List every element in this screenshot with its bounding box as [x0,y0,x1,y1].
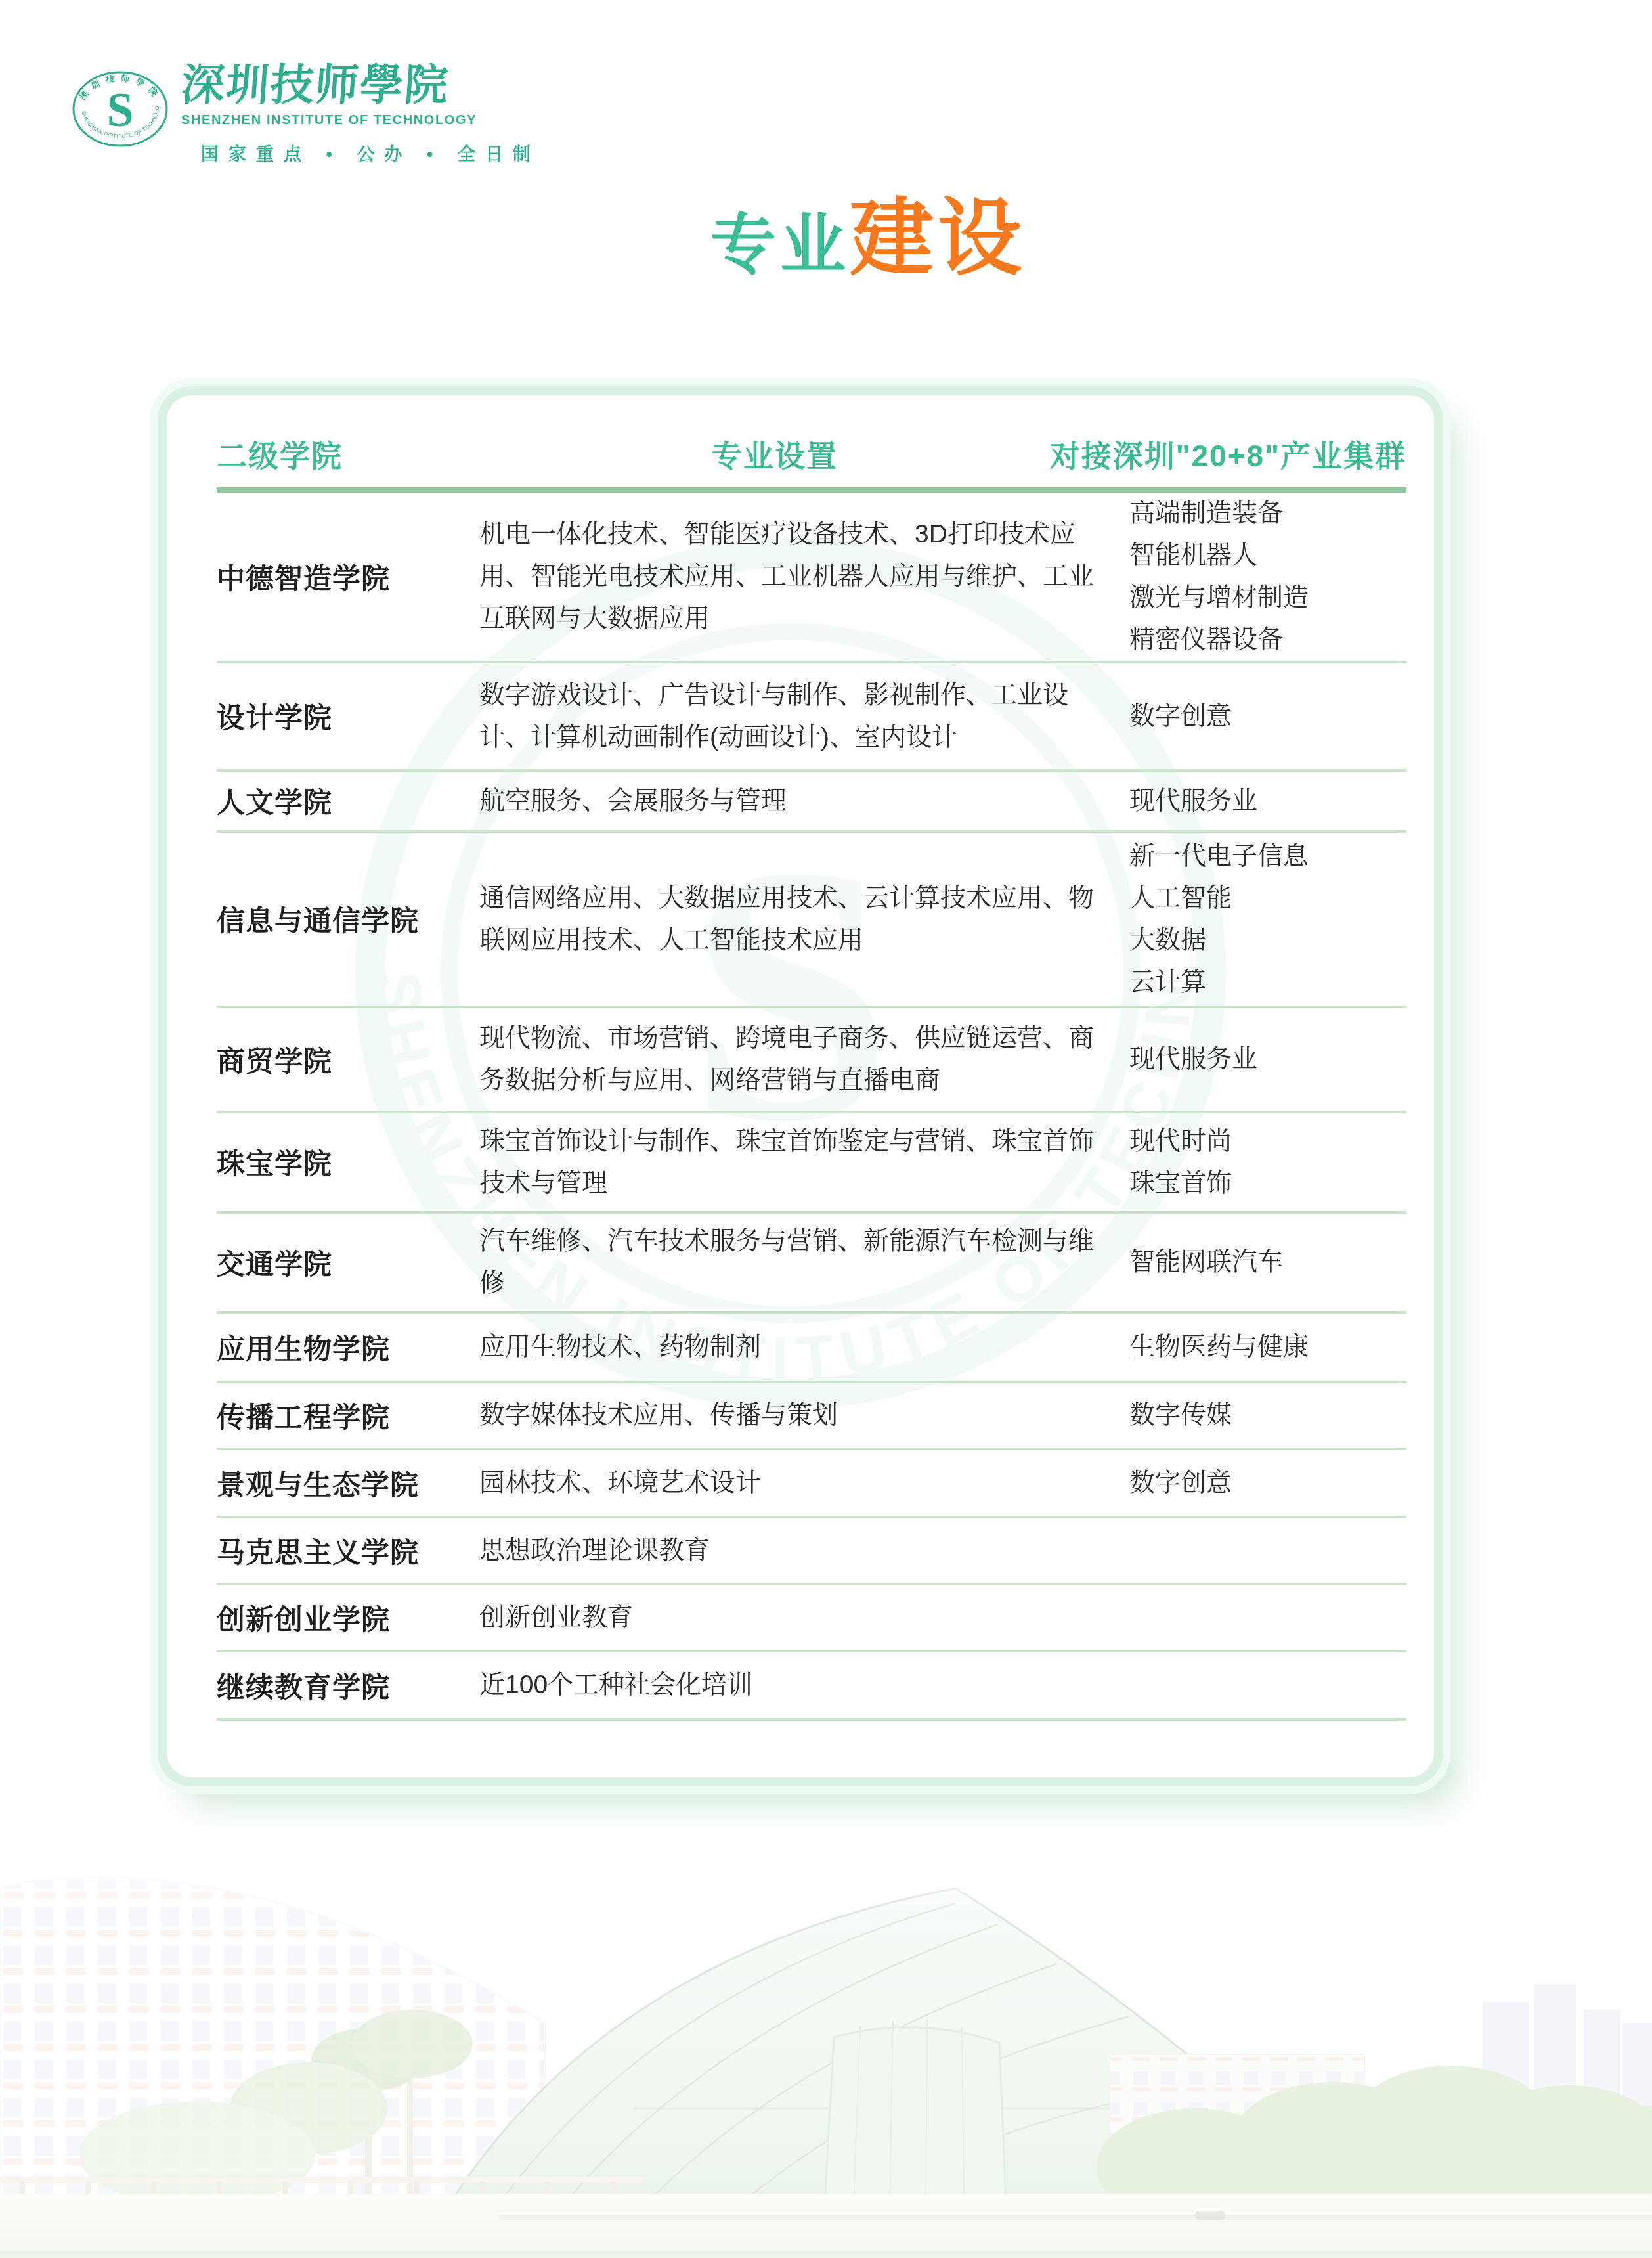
campus-photo [0,1826,1652,2258]
majors-list: 航空服务、会展服务与管理 [479,780,1129,822]
industry-cluster-cell: 现代时尚珠宝首饰 [1129,1120,1406,1205]
college-name: 设计学院 [217,696,479,736]
majors-table: 二级学院 专业设置 对接深圳"20+8"产业集群 中德智造学院 机电一体化技术、… [167,395,1434,1777]
industry-item: 精密仪器设备 [1129,619,1406,661]
page-title: 专业建设 [0,197,1652,281]
table-row: 创新创业学院 创新创业教育 [217,1585,1406,1652]
industry-cluster-cell: 数字创意 [1129,696,1406,738]
college-name: 人文学院 [217,781,479,821]
industry-item: 现代服务业 [1129,780,1406,822]
page: 深圳技师學院 SHENZHEN INSTITUTE OF TECHNOLOGY … [0,0,1652,2258]
table-header-row: 二级学院 专业设置 对接深圳"20+8"产业集群 [217,395,1406,493]
college-name: 商贸学院 [217,1040,479,1080]
page-title-orange: 建设 [850,197,1026,281]
majors-list: 机电一体化技术、智能医疗设备技术、3D打印技术应用、智能光电技术应用、工业机器人… [479,514,1129,640]
table-row: 设计学院 数字游戏设计、广告设计与制作、影视制作、工业设计、计算机动画制作(动画… [217,663,1406,772]
majors-list: 数字游戏设计、广告设计与制作、影视制作、工业设计、计算机动画制作(动画设计)、室… [479,675,1129,759]
industry-item: 云计算 [1129,962,1406,1004]
industry-cluster-cell: 现代服务业 [1129,1038,1406,1080]
table-row: 继续教育学院 近100个工种社会化培训 [217,1652,1406,1721]
industry-cluster-cell: 数字创意 [1129,1462,1406,1504]
header-college: 二级学院 [217,432,343,476]
college-name: 中德智造学院 [217,557,479,597]
page-title-green: 专业 [710,212,850,278]
industry-cluster-cell: 现代服务业 [1129,780,1406,822]
industry-cluster-cell: 新一代电子信息人工智能大数据云计算 [1129,835,1406,1004]
table-row: 马克思主义学院 思想政治理论课教育 [217,1518,1406,1585]
industry-cluster-cell: 高端制造装备智能机器人激光与增材制造精密仪器设备 [1129,493,1406,661]
school-name-cn: 深圳技师學院 [180,64,542,108]
college-name: 传播工程学院 [217,1396,479,1436]
industry-item: 大数据 [1129,919,1406,962]
majors-list: 近100个工种社会化培训 [479,1664,1129,1706]
table-row: 中德智造学院 机电一体化技术、智能医疗设备技术、3D打印技术应用、智能光电技术应… [217,493,1406,663]
industry-item: 智能机器人 [1129,535,1406,577]
college-name: 信息与通信学院 [217,899,479,939]
industry-item: 激光与增材制造 [1129,577,1406,619]
industry-cluster-cell: 智能网联汽车 [1129,1241,1406,1283]
industry-item: 新一代电子信息 [1129,835,1406,877]
college-name: 交通学院 [217,1243,479,1283]
industry-item: 现代时尚 [1129,1120,1406,1162]
college-name: 创新创业学院 [217,1598,479,1638]
school-logo: 深圳技师學院 SHENZHEN INSTITUTE OF TECHNOLOGY … [71,60,540,166]
table-row: 人文学院 航空服务、会展服务与管理 现代服务业 [217,772,1406,833]
industry-cluster-cell: 生物医药与健康 [1129,1326,1406,1368]
college-name: 继续教育学院 [217,1666,479,1706]
college-name: 马克思主义学院 [217,1531,479,1571]
industry-item: 高端制造装备 [1129,493,1406,535]
college-name: 应用生物学院 [217,1327,479,1367]
header-industry-cluster: 对接深圳"20+8"产业集群 [1050,432,1406,476]
majors-list: 思想政治理论课教育 [479,1530,1129,1572]
majors-list: 通信网络应用、大数据应用技术、云计算技术应用、物联网应用技术、人工智能技术应用 [479,877,1129,962]
majors-list: 现代物流、市场营销、跨境电子商务、供应链运营、商务数据分析与应用、网络营销与直播… [479,1017,1129,1101]
svg-text:S: S [106,83,133,137]
school-tagline: 国家重点 • 公办 • 全日制 [201,140,540,166]
table-row: 商贸学院 现代物流、市场营销、跨境电子商务、供应链运营、商务数据分析与应用、网络… [217,1008,1406,1113]
industry-item: 智能网联汽车 [1129,1241,1406,1283]
majors-list: 珠宝首饰设计与制作、珠宝首饰鉴定与营销、珠宝首饰技术与管理 [479,1120,1129,1205]
majors-list: 创新创业教育 [479,1597,1129,1639]
majors-list: 园林技术、环境艺术设计 [479,1462,1129,1504]
majors-table-card: S SHENZHEN INSTITUTE OF TECHNOLOGY 二级学院 … [158,386,1443,1786]
industry-item: 珠宝首饰 [1129,1162,1406,1205]
college-name: 珠宝学院 [217,1142,479,1182]
school-name-en: SHENZHEN INSTITUTE OF TECHNOLOGY [181,113,540,128]
table-row: 交通学院 汽车维修、汽车技术服务与营销、新能源汽车检测与维修 智能网联汽车 [217,1214,1406,1314]
industry-item: 数字创意 [1129,1462,1406,1504]
college-name: 景观与生态学院 [217,1463,479,1503]
table-row: 信息与通信学院 通信网络应用、大数据应用技术、云计算技术应用、物联网应用技术、人… [217,833,1406,1008]
industry-item: 数字创意 [1129,696,1406,738]
header-majors: 专业设置 [622,432,927,476]
table-body: 中德智造学院 机电一体化技术、智能医疗设备技术、3D打印技术应用、智能光电技术应… [217,493,1406,1721]
industry-item: 人工智能 [1129,877,1406,919]
table-row: 景观与生态学院 园林技术、环境艺术设计 数字创意 [217,1450,1406,1518]
table-row: 传播工程学院 数字媒体技术应用、传播与策划 数字传媒 [217,1383,1406,1450]
table-row: 珠宝学院 珠宝首饰设计与制作、珠宝首饰鉴定与营销、珠宝首饰技术与管理 现代时尚珠… [217,1113,1406,1214]
industry-cluster-cell: 数字传媒 [1129,1394,1406,1436]
majors-list: 应用生物技术、药物制剂 [479,1326,1129,1368]
table-row: 应用生物学院 应用生物技术、药物制剂 生物医药与健康 [217,1314,1406,1383]
majors-list: 数字媒体技术应用、传播与策划 [479,1394,1129,1436]
majors-list: 汽车维修、汽车技术服务与营销、新能源汽车检测与维修 [479,1220,1129,1304]
school-emblem-icon: 深圳技师學院 SHENZHEN INSTITUTE OF TECHNOLOGY … [71,70,169,148]
industry-item: 数字传媒 [1129,1394,1406,1436]
industry-item: 现代服务业 [1129,1038,1406,1080]
industry-item: 生物医药与健康 [1129,1326,1406,1368]
